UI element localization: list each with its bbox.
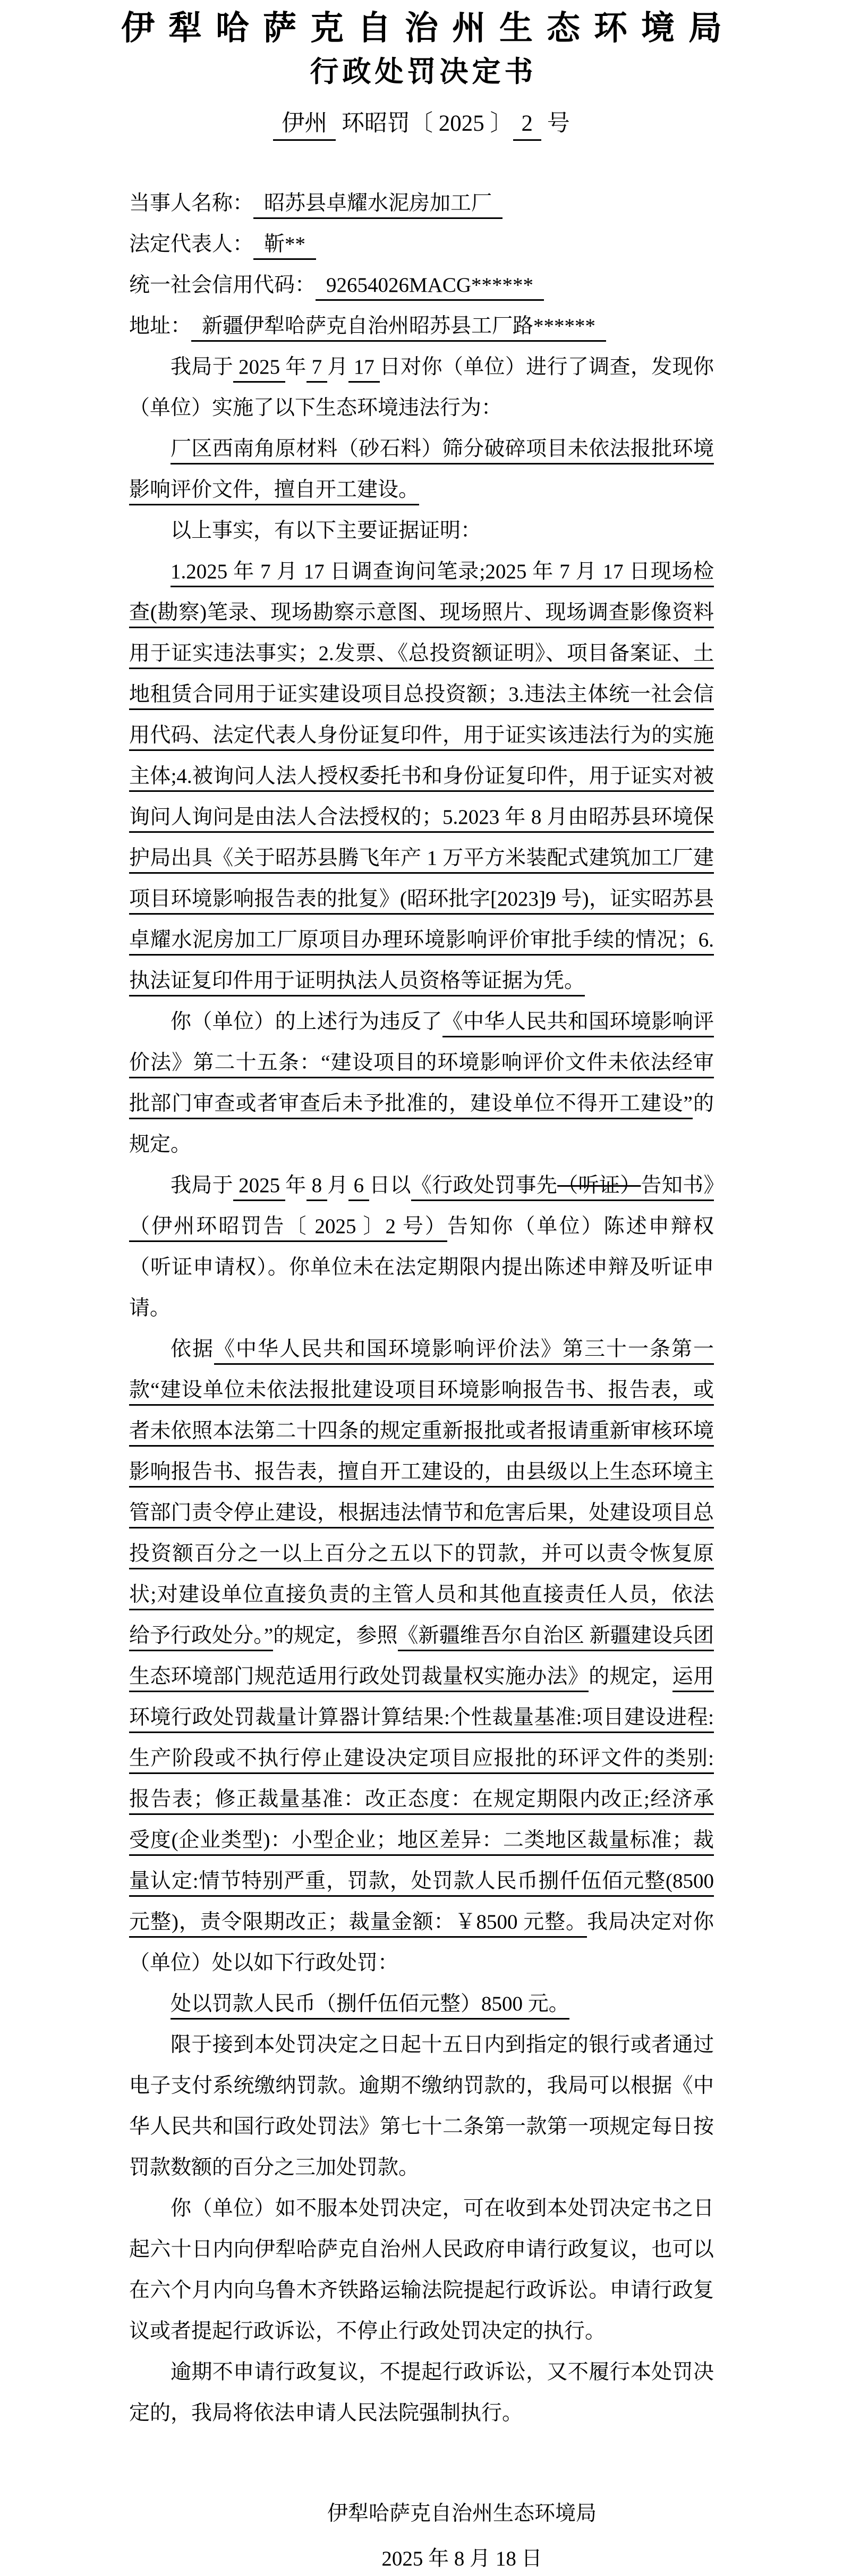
- text-segment: 以上事实，有以下主要证据证明：: [171, 519, 481, 542]
- paragraph: 我局于 2025 年 8 月 6 日以《行政处罚事先（听证）告知书》（伊州环昭罚…: [129, 1165, 714, 1329]
- field-row: 法定代表人：靳**: [129, 224, 714, 265]
- underlined-text: 8: [306, 1174, 328, 1201]
- field-row: 统一社会信用代码：92654026MACG******: [129, 265, 714, 306]
- paragraph: 你（单位）如不服本处罚决定，可在收到本处罚决定书之日起六十日内向伊犁哈萨克自治州…: [129, 2188, 714, 2352]
- issuing-authority: 伊犁哈萨克自治州生态环境局: [169, 2493, 754, 2534]
- underlined-text: 1.2025 年 7 月 17 日调查询问笔录;2025 年 7 月 17 日现…: [129, 560, 714, 996]
- field-value: 靳**: [253, 233, 316, 260]
- paragraph: 1.2025 年 7 月 17 日调查询问笔录;2025 年 7 月 17 日现…: [129, 551, 714, 1001]
- paragraph: 你（单位）的上述行为违反了《中华人民共和国环境影响评价法》第二十五条：“建设项目…: [129, 1001, 714, 1165]
- penalty-decision-document: 伊犁哈萨克自治州生态环境局 行政处罚决定书 伊州 环昭罚〔 2025 〕2 号 …: [0, 0, 843, 2576]
- document-subtitle: 行政处罚决定书: [0, 49, 843, 90]
- underlined-text: 《中华人民共和国环境影响评价法》第三十一条第一款“建设单位未依法报批建设项目环境…: [129, 1338, 714, 1651]
- closing-block: 伊犁哈萨克自治州生态环境局 2025 年 8 月 18 日: [169, 2493, 754, 2576]
- text-segment: 号: [541, 111, 570, 136]
- paragraph: 处以罚款人民币（捌仟伍佰元整）8500 元。: [129, 1983, 714, 2024]
- underlined-text: 《行政处罚事先: [411, 1174, 557, 1201]
- text-segment: 的规定，: [589, 1665, 672, 1688]
- doc-number: 伊州 环昭罚〔 2025 〕2 号: [0, 105, 843, 138]
- underlined-text: 17: [348, 356, 380, 383]
- paragraph: 厂区西南角原材料（砂石料）筛分破碎项目未依法报批环境影响评价文件，擅自开工建设。: [129, 428, 714, 510]
- underlined-text: 7: [306, 356, 328, 383]
- party-fields: 当事人名称：昭苏县卓耀水泥房加工厂法定代表人：靳**统一社会信用代码：92654…: [129, 183, 714, 347]
- field-label: 地址：: [129, 315, 191, 337]
- underlined-text: （听证）: [557, 1174, 641, 1201]
- paragraph: 限于接到本处罚决定之日起十五日内到指定的银行或者通过电子支付系统缴纳罚款。逾期不…: [129, 2024, 714, 2188]
- text-segment: 逾期不申请行政复议，不提起行政诉讼，又不履行本处罚决定的，我局将依法申请人民法院…: [129, 2361, 714, 2425]
- text-segment: 你（单位）如不服本处罚决定，可在收到本处罚决定书之日起六十日内向伊犁哈萨克自治州…: [129, 2197, 714, 2343]
- underlined-text: 厂区西南角原材料（砂石料）筛分破碎项目未依法报批环境影响评价文件，擅自开工建设。: [129, 437, 714, 505]
- text-segment: 我局于: [171, 1174, 233, 1197]
- paragraph: 以上事实，有以下主要证据证明：: [129, 510, 714, 551]
- text-segment: 依据: [171, 1338, 214, 1361]
- underlined-text: 2025: [233, 356, 285, 383]
- underlined-text: 2: [513, 111, 542, 141]
- text-segment: 月: [327, 1174, 348, 1197]
- issue-date: 2025 年 8 月 18 日: [169, 2538, 754, 2576]
- document-title: 伊犁哈萨克自治州生态环境局: [0, 1, 843, 49]
- text-segment: 你（单位）的上述行为违反了: [171, 1010, 442, 1033]
- underlined-text: 伊州: [273, 111, 336, 141]
- underlined-text: 2025: [233, 1174, 285, 1201]
- field-value: 92654026MACG******: [316, 274, 544, 301]
- underlined-text: 6: [348, 1174, 370, 1201]
- paragraphs: 我局于 2025 年 7 月 17 日对你（单位）进行了调查，发现你（单位）实施…: [129, 347, 714, 2434]
- text-segment: 年: [285, 356, 306, 378]
- text-segment: 年: [285, 1174, 306, 1197]
- underlined-text: 处以罚款人民币（捌仟伍佰元整）8500 元。: [171, 1992, 569, 2020]
- field-label: 统一社会信用代码：: [129, 274, 316, 297]
- paragraph: 我局于 2025 年 7 月 17 日对你（单位）进行了调查，发现你（单位）实施…: [129, 347, 714, 428]
- field-value: 昭苏县卓耀水泥房加工厂: [253, 192, 503, 219]
- text-segment: 月: [327, 356, 348, 378]
- underlined-text: 运用环境行政处罚裁量计算器计算结果:个性裁量基准:项目建设进程:生产阶段或不执行…: [129, 1665, 714, 1938]
- text-segment: 环昭罚〔 2025 〕: [336, 111, 513, 136]
- paragraph: 逾期不申请行政复议，不提起行政诉讼，又不履行本处罚决定的，我局将依法申请人民法院…: [129, 2352, 714, 2434]
- field-value: 新疆伊犁哈萨克自治州昭苏县工厂路******: [191, 315, 606, 342]
- text-segment: 我局于: [171, 356, 233, 378]
- field-row: 当事人名称：昭苏县卓耀水泥房加工厂: [129, 183, 714, 224]
- field-label: 当事人名称：: [129, 192, 253, 215]
- text-segment: 限于接到本处罚决定之日起十五日内到指定的银行或者通过电子支付系统缴纳罚款。逾期不…: [129, 2033, 714, 2179]
- field-label: 法定代表人：: [129, 233, 253, 256]
- text-segment: 日以: [369, 1174, 411, 1197]
- paragraph: 依据《中华人民共和国环境影响评价法》第三十一条第一款“建设单位未依法报批建设项目…: [129, 1329, 714, 1983]
- text-segment: 的规定，参照: [273, 1624, 397, 1647]
- field-row: 地址：新疆伊犁哈萨克自治州昭苏县工厂路******: [129, 306, 714, 347]
- document-body: 当事人名称：昭苏县卓耀水泥房加工厂法定代表人：靳**统一社会信用代码：92654…: [129, 183, 714, 2576]
